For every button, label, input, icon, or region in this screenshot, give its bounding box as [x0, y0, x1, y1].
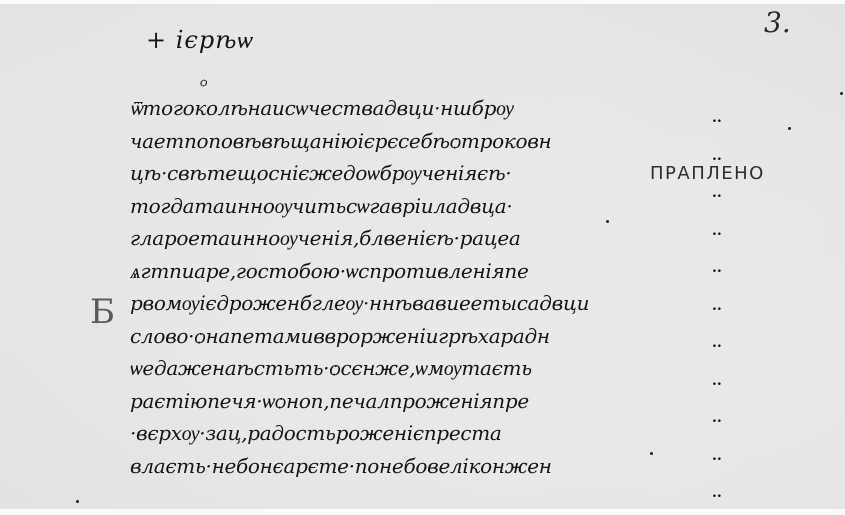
margin-mark: ..: [712, 138, 732, 176]
margin-mark: ..: [712, 100, 732, 138]
margin-mark: ..: [712, 175, 732, 213]
page-bottom-edge: [0, 509, 845, 515]
text-line: чаетпоповѣвѣщаніюієрєсебѣѻтроковн: [130, 125, 620, 158]
margin-mark: ..: [712, 438, 732, 476]
ink-speck: [840, 92, 843, 95]
margin-mark: ..: [712, 288, 732, 326]
text-line: влаєть·небонєарєте·понебовеліконжен: [130, 450, 620, 483]
text-line: слово·ѻнапетамивврорженіигрѣхарадн: [130, 320, 620, 353]
margin-mark: ..: [712, 213, 732, 251]
text-line: ѡедаженаѣстьть·ѻсєнже,ѡмѹтаєть: [130, 352, 620, 385]
text-line: ѧгтпиаре,гостобою·ѡспротивленіяпе: [130, 255, 620, 288]
text-line: тогдатаинноѹчитьсѡгавріиладвца·: [130, 190, 620, 223]
manuscript-page: + ієрѣѡ 3. ѻ Б ѿтогоколѣнаисѡчествадвци·…: [0, 0, 845, 515]
text-line: ѿтогоколѣнаисѡчествадвци·ншбрѹ: [130, 92, 620, 125]
text-line: цѣ·свѣтещоснієжедоѡбрѹченіяєѣ·: [130, 157, 620, 190]
manuscript-text-block: ѿтогоколѣнаисѡчествадвци·ншбрѹ чаетпопов…: [130, 92, 620, 482]
text-line: раєтіюпечя·ѡѻноп,печалпроженіяпре: [130, 385, 620, 418]
text-line: глароетаинноѹченія,блвенієѣ·рацеа: [130, 222, 620, 255]
page-top-edge: [0, 0, 845, 4]
margin-mark: ..: [712, 325, 732, 363]
ink-speck: [606, 220, 609, 223]
ink-speck: [76, 500, 79, 503]
ink-speck: [788, 127, 791, 130]
margin-mark: ..: [712, 475, 732, 513]
initial-letter: Б: [90, 292, 115, 332]
ink-speck: [650, 452, 653, 455]
page-heading: + ієрѣѡ: [146, 26, 254, 55]
margin-annotation: ПРАПЛЕНО: [650, 163, 765, 184]
margin-mark: ..: [712, 250, 732, 288]
margin-mark: ..: [712, 363, 732, 401]
superscript-mark: ѻ: [200, 74, 208, 90]
text-line: ·вєрхѹ·зац,радостьроженієпреста: [130, 417, 620, 450]
folio-number: 3.: [764, 6, 791, 39]
margin-marks: .. .. .. .. .. .. .. .. .. .. ..: [712, 100, 732, 513]
margin-mark: ..: [712, 400, 732, 438]
text-line: рвомѹієдроженбглеѹ·ннѣвавиеетысадвци: [130, 287, 620, 320]
